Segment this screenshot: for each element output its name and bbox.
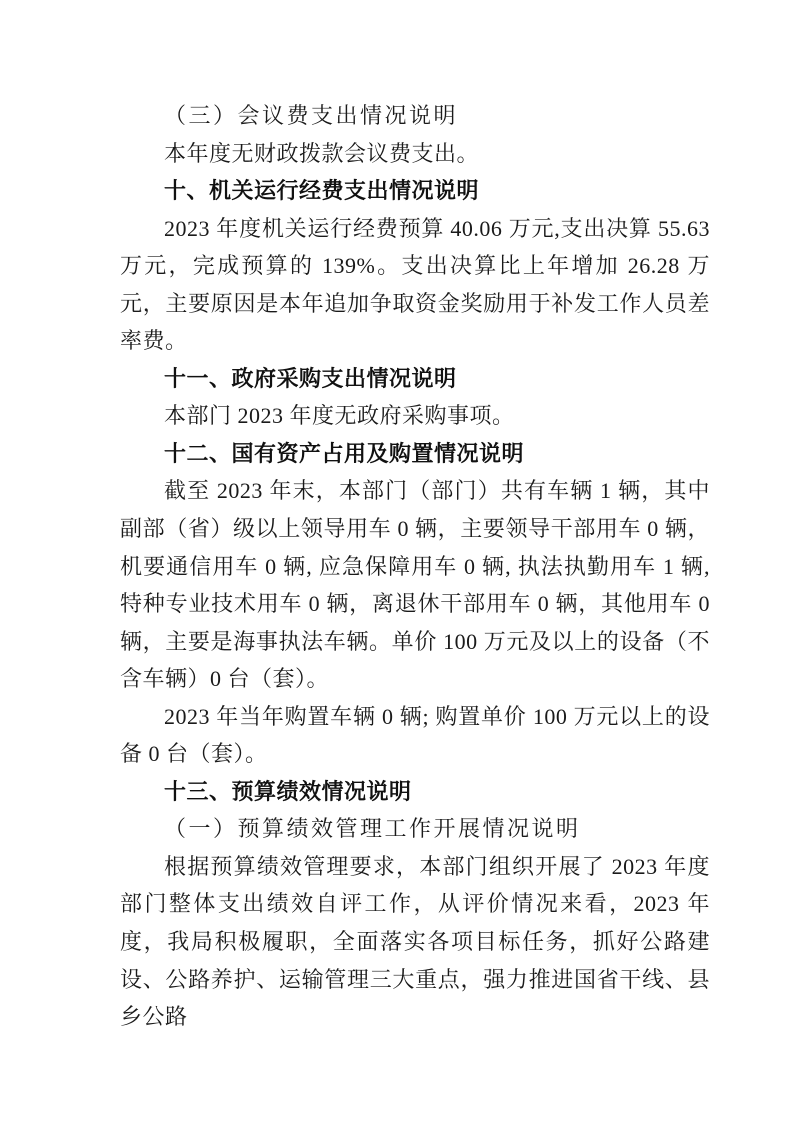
document-page: （三）会议费支出情况说明本年度无财政拨款会议费支出。十、机关运行经费支出情况说明… (0, 0, 793, 1122)
section-heading-11-government-procurement: 十一、政府采购支出情况说明 (120, 360, 710, 398)
paragraph-government-procurement: 本部门 2023 年度无政府采购事项。 (120, 397, 710, 435)
paragraph-operating-funds: 2023 年度机关运行经费预算 40.06 万元,支出决算 55.63 万元，完… (120, 210, 710, 360)
paragraph-performance-self-evaluation: 根据预算绩效管理要求，本部门组织开展了 2023 年度部门整体支出绩效自评工作，… (120, 848, 710, 1036)
section-heading-13-budget-performance: 十三、预算绩效情况说明 (120, 773, 710, 811)
sub-section-heading-meeting-fee: （三）会议费支出情况说明 (120, 97, 710, 135)
section-heading-10-operating-funds: 十、机关运行经费支出情况说明 (120, 172, 710, 210)
paragraph-vehicles-held: 截至 2023 年末，本部门（部门）共有车辆 1 辆，其中副部（省）级以上领导用… (120, 472, 710, 697)
sub-section-heading-performance-management: （一）预算绩效管理工作开展情况说明 (120, 810, 710, 848)
section-heading-12-state-owned-assets: 十二、国有资产占用及购置情况说明 (120, 435, 710, 473)
document-body: （三）会议费支出情况说明本年度无财政拨款会议费支出。十、机关运行经费支出情况说明… (120, 97, 710, 1036)
paragraph-meeting-fee: 本年度无财政拨款会议费支出。 (120, 135, 710, 173)
paragraph-vehicles-purchased: 2023 年当年购置车辆 0 辆; 购置单价 100 万元以上的设备 0 台（套… (120, 698, 710, 773)
